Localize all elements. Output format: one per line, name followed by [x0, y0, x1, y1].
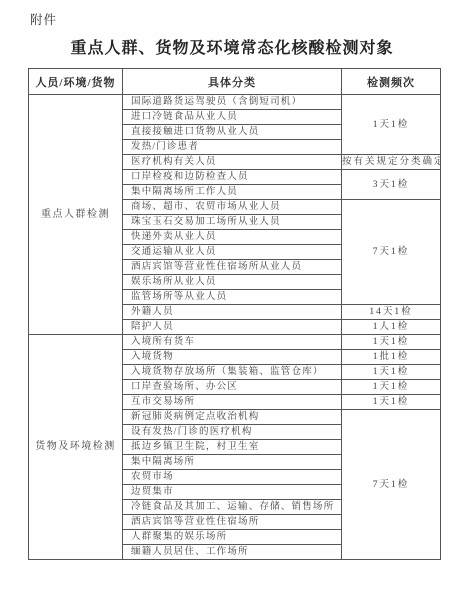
classification-cell: 商场、超市、农贸市场从业人员: [123, 200, 342, 215]
classification-cell: 人群聚集的娱乐场所: [123, 530, 342, 545]
testing-table: 人员/环境/货物 具体分类 检测频次 重点人群检测国际道路货运驾驶员（含倒短司机…: [28, 68, 441, 560]
classification-cell: 入境货物存放场所（集装箱、监管仓库）: [123, 365, 342, 380]
column-header-classification: 具体分类: [123, 69, 342, 95]
classification-cell: 集中隔离场所工作人员: [123, 185, 342, 200]
category-cell: 货物及环境检测: [29, 335, 123, 560]
attachment-label: 附件: [30, 10, 57, 28]
classification-cell: 新冠肺炎病例定点收治机构: [123, 410, 342, 425]
classification-cell: 酒店宾馆等营业性住宿场所: [123, 515, 342, 530]
frequency-cell: 14天1检: [342, 305, 441, 320]
classification-cell: 监管场所等从业人员: [123, 290, 342, 305]
classification-cell: 珠宝玉石交易加工场所从业人员: [123, 215, 342, 230]
classification-cell: 医疗机构有关人员: [123, 155, 342, 170]
frequency-cell: 3天1检: [342, 170, 441, 200]
classification-cell: 交通运输从业人员: [123, 245, 342, 260]
classification-cell: 娱乐场所从业人员: [123, 275, 342, 290]
category-cell: 重点人群检测: [29, 95, 123, 335]
classification-cell: 国际道路货运驾驶员（含倒短司机）: [123, 95, 342, 110]
classification-cell: 抵边乡镇卫生院，村卫生室: [123, 440, 342, 455]
classification-cell: 口岸查验场所、办公区: [123, 380, 342, 395]
classification-cell: 进口冷链食品从业人员: [123, 110, 342, 125]
classification-cell: 设有发热/门诊的医疗机构: [123, 425, 342, 440]
classification-cell: 入境所有货车: [123, 335, 342, 350]
classification-cell: 互市交易场所: [123, 395, 342, 410]
classification-cell: 酒店宾馆等营业性住宿场所从业人员: [123, 260, 342, 275]
frequency-cell: 1天1检: [342, 365, 441, 380]
table-row: 重点人群检测国际道路货运驾驶员（含倒短司机）1天1检: [29, 95, 441, 110]
classification-cell: 农贸市场: [123, 470, 342, 485]
frequency-cell: 7天1检: [342, 410, 441, 560]
frequency-cell: 7天1检: [342, 200, 441, 305]
classification-cell: 缅籍人员居住、工作场所: [123, 545, 342, 560]
frequency-cell: 1人1检: [342, 320, 441, 335]
classification-cell: 发热/门诊患者: [123, 140, 342, 155]
classification-cell: 直接接触进口货物从业人员: [123, 125, 342, 140]
classification-cell: 外籍人员: [123, 305, 342, 320]
classification-cell: 口岸检疫和边防检查人员: [123, 170, 342, 185]
classification-cell: 冷链食品及其加工、运输、存储、销售场所: [123, 500, 342, 515]
table-header-row: 人员/环境/货物 具体分类 检测频次: [29, 69, 441, 95]
classification-cell: 陪护人员: [123, 320, 342, 335]
frequency-cell: 1批1检: [342, 350, 441, 365]
page-title: 重点人群、货物及环境常态化核酸检测对象: [0, 35, 464, 58]
classification-cell: 入境货物: [123, 350, 342, 365]
frequency-cell: 1天1检: [342, 95, 441, 155]
table-row: 货物及环境检测入境所有货车1天1检: [29, 335, 441, 350]
column-header-frequency: 检测频次: [342, 69, 441, 95]
frequency-cell: 按有关规定分类确定: [342, 155, 441, 170]
classification-cell: 快递外卖从业人员: [123, 230, 342, 245]
column-header-category: 人员/环境/货物: [29, 69, 123, 95]
document-page: 附件 重点人群、货物及环境常态化核酸检测对象 人员/环境/货物 具体分类 检测频…: [0, 0, 464, 600]
frequency-cell: 1天1检: [342, 380, 441, 395]
frequency-cell: 1天1检: [342, 395, 441, 410]
frequency-cell: 1天1检: [342, 335, 441, 350]
classification-cell: 集中隔离场所: [123, 455, 342, 470]
classification-cell: 边贸集市: [123, 485, 342, 500]
